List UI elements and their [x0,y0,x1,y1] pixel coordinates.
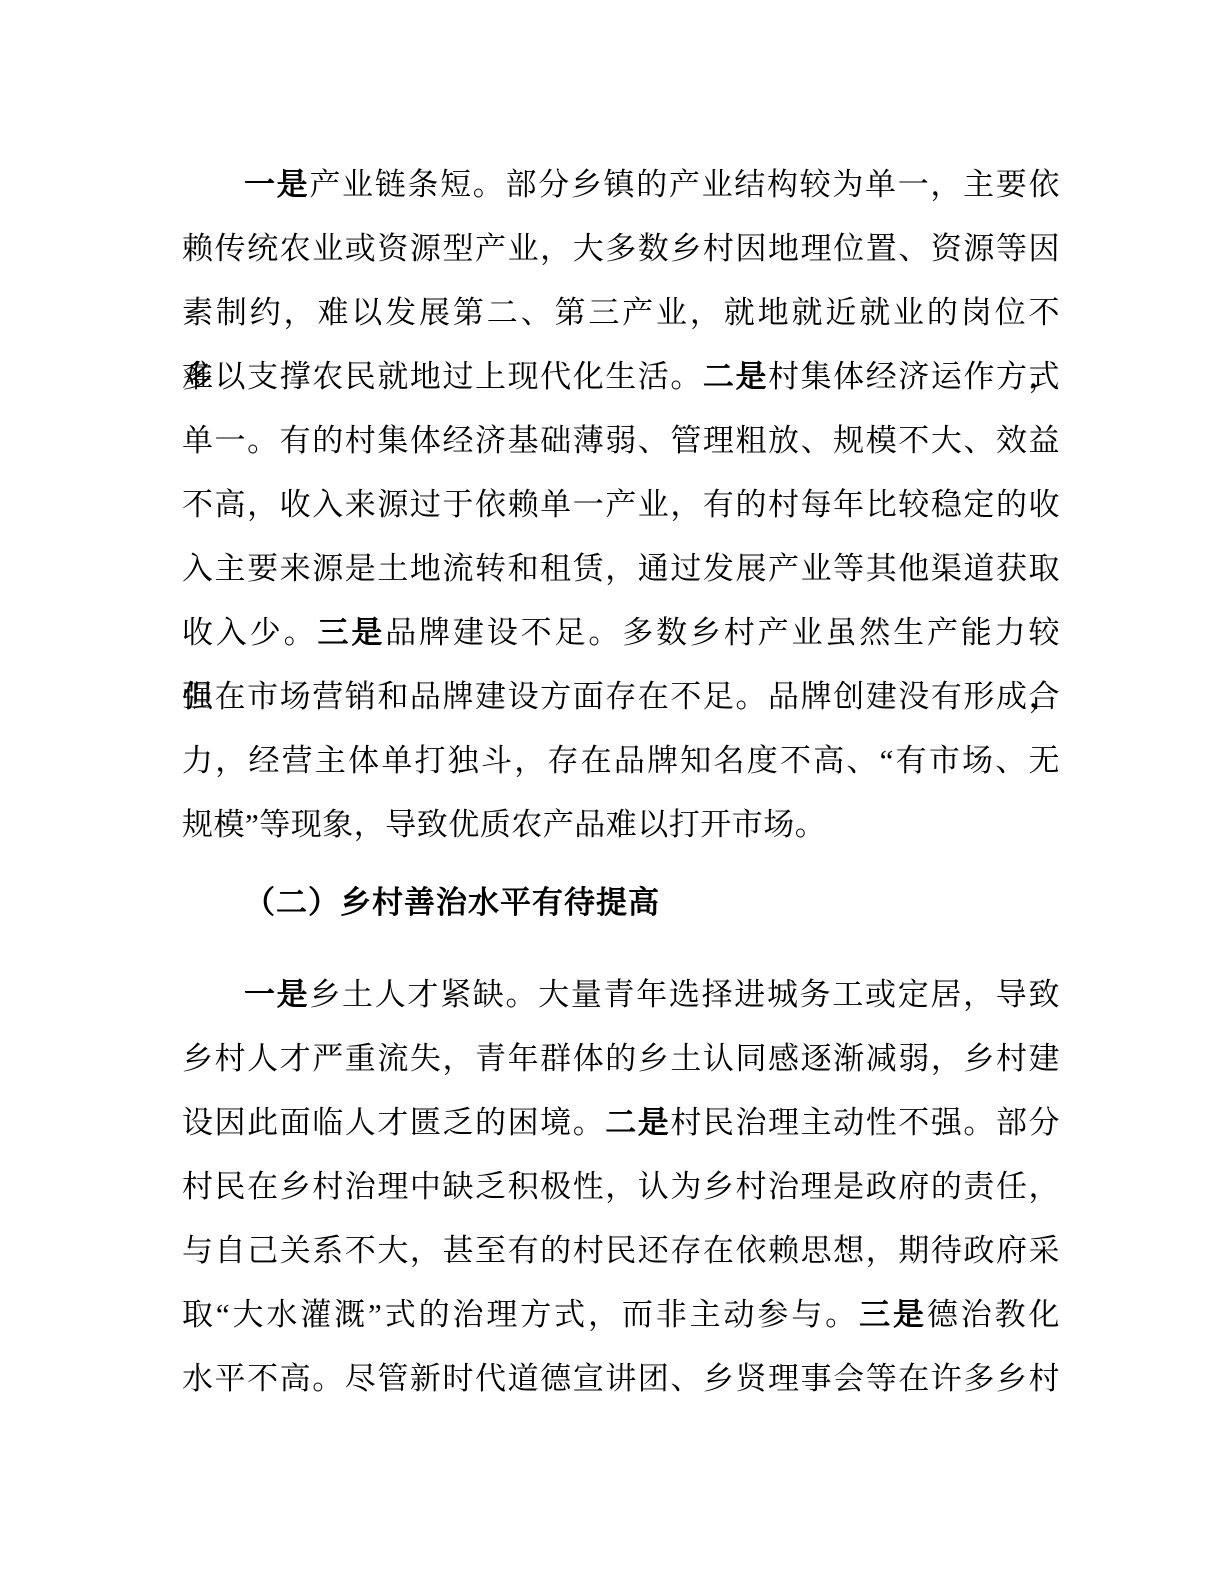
text-line: 一是乡土人才紧缺。大量青年选择进城务工或定居，导致 [182,963,1060,1027]
text-run: 规模”等现象，导致优质农产品难以打开市场。 [182,807,826,842]
text-line: 与自己关系不大，甚至有的村民还存在依赖思想，期待政府采 [182,1219,1060,1283]
text-run: 不高，收入来源过于依赖单一产业，有的村每年比较稳定的收 [182,487,1060,522]
text-run: 水平不高。尽管新时代道德宣讲团、乡贤理事会等在许多乡村 [182,1361,1060,1396]
paragraph-governance-issues: 一是乡土人才紧缺。大量青年选择进城务工或定居，导致乡村人才严重流失，青年群体的乡… [182,963,1060,1411]
paragraph-industry-issues: 一是产业链条短。部分乡镇的产业结构较为单一，主要依赖传统农业或资源型产业，大多数… [182,153,1060,857]
text-run: 德治教化 [927,1297,1060,1332]
text-line: 素制约，难以发展第二、第三产业，就地就近就业的岗位不多， [182,281,1060,345]
text-run: 设因此面临人才匮乏的困境。 [182,1105,605,1140]
document-body: 一是产业链条短。部分乡镇的产业结构较为单一，主要依赖传统农业或资源型产业，大多数… [0,0,1224,1411]
text-run: 与自己关系不大，甚至有的村民还存在依赖思想，期待政府采 [182,1233,1060,1268]
bold-run: （二）乡村善治水平有待提高 [244,885,660,920]
text-line: 一是产业链条短。部分乡镇的产业结构较为单一，主要依 [182,153,1060,217]
document-page: 一是产业链条短。部分乡镇的产业结构较为单一，主要依赖传统农业或资源型产业，大多数… [0,0,1224,1584]
text-run: 单一。有的村集体经济基础薄弱、管理粗放、规模不大、效益 [182,423,1060,458]
bold-run: 三是 [317,615,385,650]
bold-run: 一是 [244,167,309,202]
text-run: 收入少。 [182,615,317,650]
text-line: 规模”等现象，导致优质农产品难以打开市场。 [182,793,1060,857]
text-run: 乡村人才严重流失，青年群体的乡土认同感逐渐减弱，乡村建 [182,1041,1060,1076]
text-line: 收入少。三是品牌建设不足。多数乡村产业虽然生产能力较强， [182,601,1060,665]
text-line: 单一。有的村集体经济基础薄弱、管理粗放、规模不大、效益 [182,409,1060,473]
text-line: 不高，收入来源过于依赖单一产业，有的村每年比较稳定的收 [182,473,1060,537]
bold-run: 一是 [244,977,309,1012]
text-line: 赖传统农业或资源型产业，大多数乡村因地理位置、资源等因 [182,217,1060,281]
bold-run: 二是 [605,1105,670,1140]
bold-run: 三是 [859,1297,927,1332]
bold-run: 二是 [703,359,768,394]
text-line: 入主要来源是土地流转和租赁，通过发展产业等其他渠道获取 [182,537,1060,601]
text-run: 赖传统农业或资源型产业，大多数乡村因地理位置、资源等因 [182,231,1060,266]
text-line: 但在市场营销和品牌建设方面存在不足。品牌创建没有形成合 [182,665,1060,729]
heading-line: （二）乡村善治水平有待提高 [182,871,1060,935]
text-run: 入主要来源是土地流转和租赁，通过发展产业等其他渠道获取 [182,551,1060,586]
text-run: 村民在乡村治理中缺乏积极性，认为乡村治理是政府的责任， [182,1169,1060,1204]
text-run: 难以支撑农民就地过上现代化生活。 [182,359,703,394]
text-run: 村民治理主动性不强。部分 [670,1105,1060,1140]
text-run: 产业链条短。部分乡镇的产业结构较为单一，主要依 [309,167,1060,202]
text-line: 设因此面临人才匮乏的困境。二是村民治理主动性不强。部分 [182,1091,1060,1155]
text-run: 但在市场营销和品牌建设方面存在不足。品牌创建没有形成合 [182,679,1060,714]
text-run: 村集体经济运作方式 [768,359,1060,394]
section-heading-governance: （二）乡村善治水平有待提高 [182,871,1060,935]
text-line: 乡村人才严重流失，青年群体的乡土认同感逐渐减弱，乡村建 [182,1027,1060,1091]
text-line: 取“大水灌溉”式的治理方式，而非主动参与。三是德治教化 [182,1283,1060,1347]
text-line: 难以支撑农民就地过上现代化生活。二是村集体经济运作方式 [182,345,1060,409]
text-line: 力，经营主体单打独斗，存在品牌知名度不高、“有市场、无 [182,729,1060,793]
text-run: 乡土人才紧缺。大量青年选择进城务工或定居，导致 [309,977,1060,1012]
text-line: 村民在乡村治理中缺乏积极性，认为乡村治理是政府的责任， [182,1155,1060,1219]
text-run: 取“大水灌溉”式的治理方式，而非主动参与。 [182,1297,859,1332]
text-run: 力，经营主体单打独斗，存在品牌知名度不高、“有市场、无 [182,743,1060,778]
text-line: 水平不高。尽管新时代道德宣讲团、乡贤理事会等在许多乡村 [182,1347,1060,1411]
